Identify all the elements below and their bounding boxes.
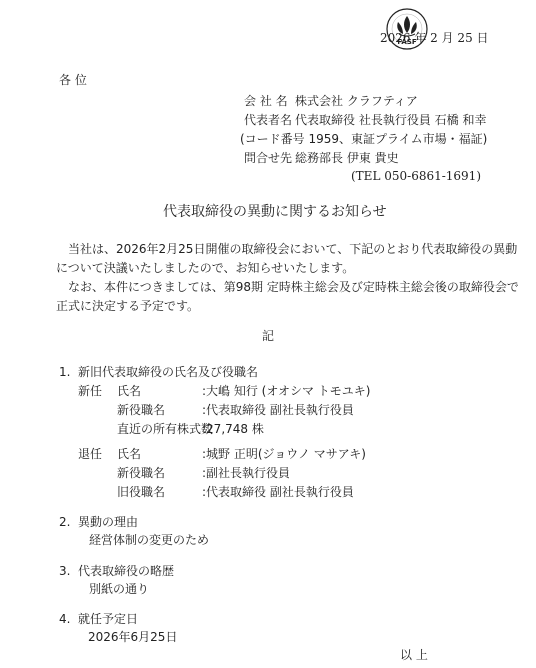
section-2-heading: 異動の理由 xyxy=(78,516,138,528)
body-para1-line1: 当社は、2026年2月25日開催の取締役会において、下記のとおり代表取締役の異動 xyxy=(68,243,517,255)
retire-old-position-value: :代表取締役 副社長執行役員 xyxy=(202,486,354,498)
new-name-value: :大嶋 知行 (オオシマ トモユキ) xyxy=(202,385,371,397)
stock-code-line: (コード番号 1959、東証プライム市場・福証) xyxy=(240,133,487,145)
representative-label: 代表者名 xyxy=(244,114,292,126)
new-position-label: 新役職名 xyxy=(117,404,165,416)
ki-heading: 記 xyxy=(262,330,274,342)
document-date: 2026 年 2 月 25 日 xyxy=(380,32,489,44)
new-position-value: :代表取締役 副社長執行役員 xyxy=(202,404,354,416)
retire-new-position-label: 新役職名 xyxy=(117,467,165,479)
contact-value: 総務部長 伊東 貴史 xyxy=(295,152,399,164)
closing-mark: 以 上 xyxy=(400,649,428,661)
body-para2-line1: なお、本件につきましては、第98期 定時株主総会及び定時株主総会後の取締役会で xyxy=(68,281,519,293)
section-2-number: 2. xyxy=(59,516,70,528)
section-3-heading: 代表取締役の略歴 xyxy=(78,565,174,577)
page-title: 代表取締役の異動に関するお知らせ xyxy=(163,205,387,219)
section-1-heading: 新旧代表取締役の氏名及び役職名 xyxy=(78,366,258,378)
section-3-number: 3. xyxy=(59,565,70,577)
new-appointment-tag: 新任 xyxy=(78,385,102,397)
new-shares-value: :27,748 株 xyxy=(202,423,264,435)
company-name-value: 株式会社 クラフティア xyxy=(295,95,418,107)
retirement-tag: 退任 xyxy=(78,448,102,460)
contact-label: 問合せ先 xyxy=(244,152,292,164)
retire-name-label: 氏名 xyxy=(117,448,141,460)
section-2-content: 経営体制の変更のため xyxy=(89,534,209,546)
retire-new-position-value: :副社長執行役員 xyxy=(202,467,290,479)
retire-old-position-label: 旧役職名 xyxy=(117,486,165,498)
company-name-label: 会 社 名 xyxy=(244,95,288,107)
new-shares-label: 直近の所有株式数 xyxy=(117,423,213,435)
contact-tel: (TEL 050-6861-1691) xyxy=(351,170,481,182)
representative-value: 代表取締役 社長執行役員 石橋 和幸 xyxy=(295,114,486,126)
new-name-label: 氏名 xyxy=(117,385,141,397)
body-para1-line2: について決議いたしましたので、お知らせいたします。 xyxy=(56,262,354,274)
section-4-number: 4. xyxy=(59,613,70,625)
section-1-number: 1. xyxy=(59,366,70,378)
addressee: 各 位 xyxy=(59,74,87,86)
retire-name-value: :城野 正明(ジョウノ マサアキ) xyxy=(202,448,366,460)
section-4-content: 2026年6月25日 xyxy=(88,631,177,643)
body-para2-line2: 正式に決定する予定です。 xyxy=(56,300,199,312)
section-3-content: 別紙の通り xyxy=(89,583,149,595)
section-4-heading: 就任予定日 xyxy=(78,613,138,625)
